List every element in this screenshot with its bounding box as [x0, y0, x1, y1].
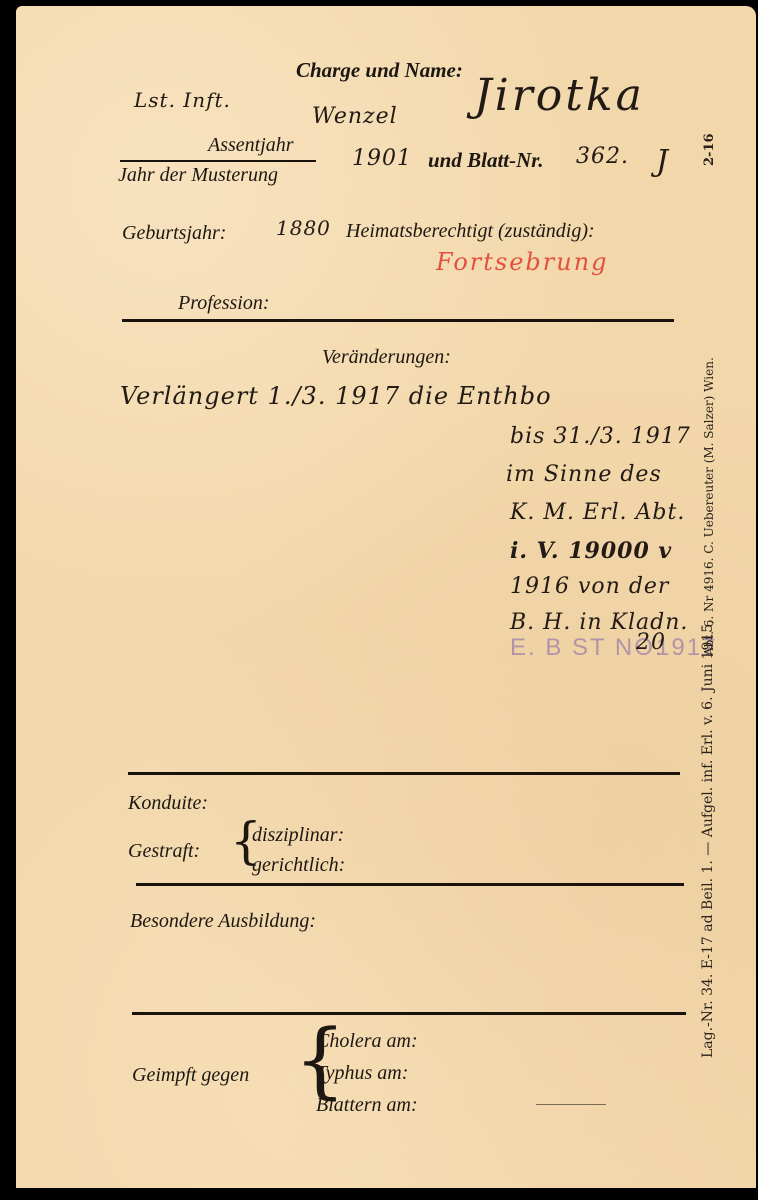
- fraction-line: [120, 160, 316, 162]
- military-record-card: Charge und Name: Lst. Inft. Wenzel Jirot…: [16, 6, 756, 1188]
- gerichtlich-label: gerichtlich:: [252, 854, 345, 877]
- disziplinar-label: disziplinar:: [252, 824, 344, 847]
- last-name-value: Jirotka: [474, 70, 645, 121]
- ausbildung-label: Besondere Ausbildung:: [130, 910, 316, 933]
- geburtsjahr-value: 1880: [276, 216, 331, 240]
- first-name-value: Wenzel: [312, 104, 398, 129]
- profession-label: Profession:: [178, 292, 269, 315]
- veraenderungen-label: Veränderungen:: [322, 346, 451, 369]
- divider-2: [128, 772, 680, 775]
- lag-nr-imprint: Lag.-Nr. 34. E-17 ad Beil. 1. — Aufgel. …: [700, 619, 716, 1058]
- heimat-value: Fortsebrung: [436, 248, 609, 276]
- change-line-5: i. V. 19000 v: [510, 538, 672, 564]
- geburtsjahr-label: Geburtsjahr:: [122, 222, 226, 245]
- charge-value: Lst. Inft.: [134, 88, 231, 112]
- change-line-1: Verlängert 1./3. 1917 die Enthbo: [120, 382, 552, 410]
- change-line-6: 1916 von der: [510, 574, 669, 599]
- typhus-label: Typhus am:: [316, 1062, 408, 1085]
- musterung-label: Jahr der Musterung: [118, 164, 278, 187]
- blatt-label: und Blatt-Nr.: [428, 148, 544, 173]
- charge-name-label: Charge und Name:: [296, 58, 463, 83]
- divider-3: [136, 883, 684, 886]
- form-code: 2-16: [702, 133, 717, 166]
- printer-imprint: Abt. 6. Nr 4916. C. Uebereuter (M. Salze…: [702, 357, 716, 656]
- change-line-4: K. M. Erl. Abt.: [510, 500, 685, 525]
- konduite-label: Konduite:: [128, 792, 208, 815]
- change-line-2: bis 31./3. 1917: [510, 424, 691, 449]
- blatt-suffix-value: J: [656, 144, 669, 179]
- gestraft-label: Gestraft:: [128, 840, 200, 863]
- geimpft-label: Geimpft gegen: [132, 1064, 249, 1087]
- cholera-label: Cholera am:: [316, 1030, 418, 1053]
- change-line-3: im Sinne des: [506, 462, 662, 487]
- divider-4: [132, 1012, 686, 1015]
- change-line-8: 20: [636, 630, 666, 655]
- assentjahr-value: 1901: [352, 146, 412, 171]
- heimat-label: Heimatsberechtigt (zuständig):: [346, 220, 595, 243]
- faint-mark: [536, 1104, 606, 1105]
- blatt-nr-value: 362.: [576, 144, 629, 169]
- blattern-label: Blattern am:: [316, 1094, 418, 1117]
- assentjahr-label: Assentjahr: [208, 134, 294, 157]
- divider-1: [122, 319, 674, 322]
